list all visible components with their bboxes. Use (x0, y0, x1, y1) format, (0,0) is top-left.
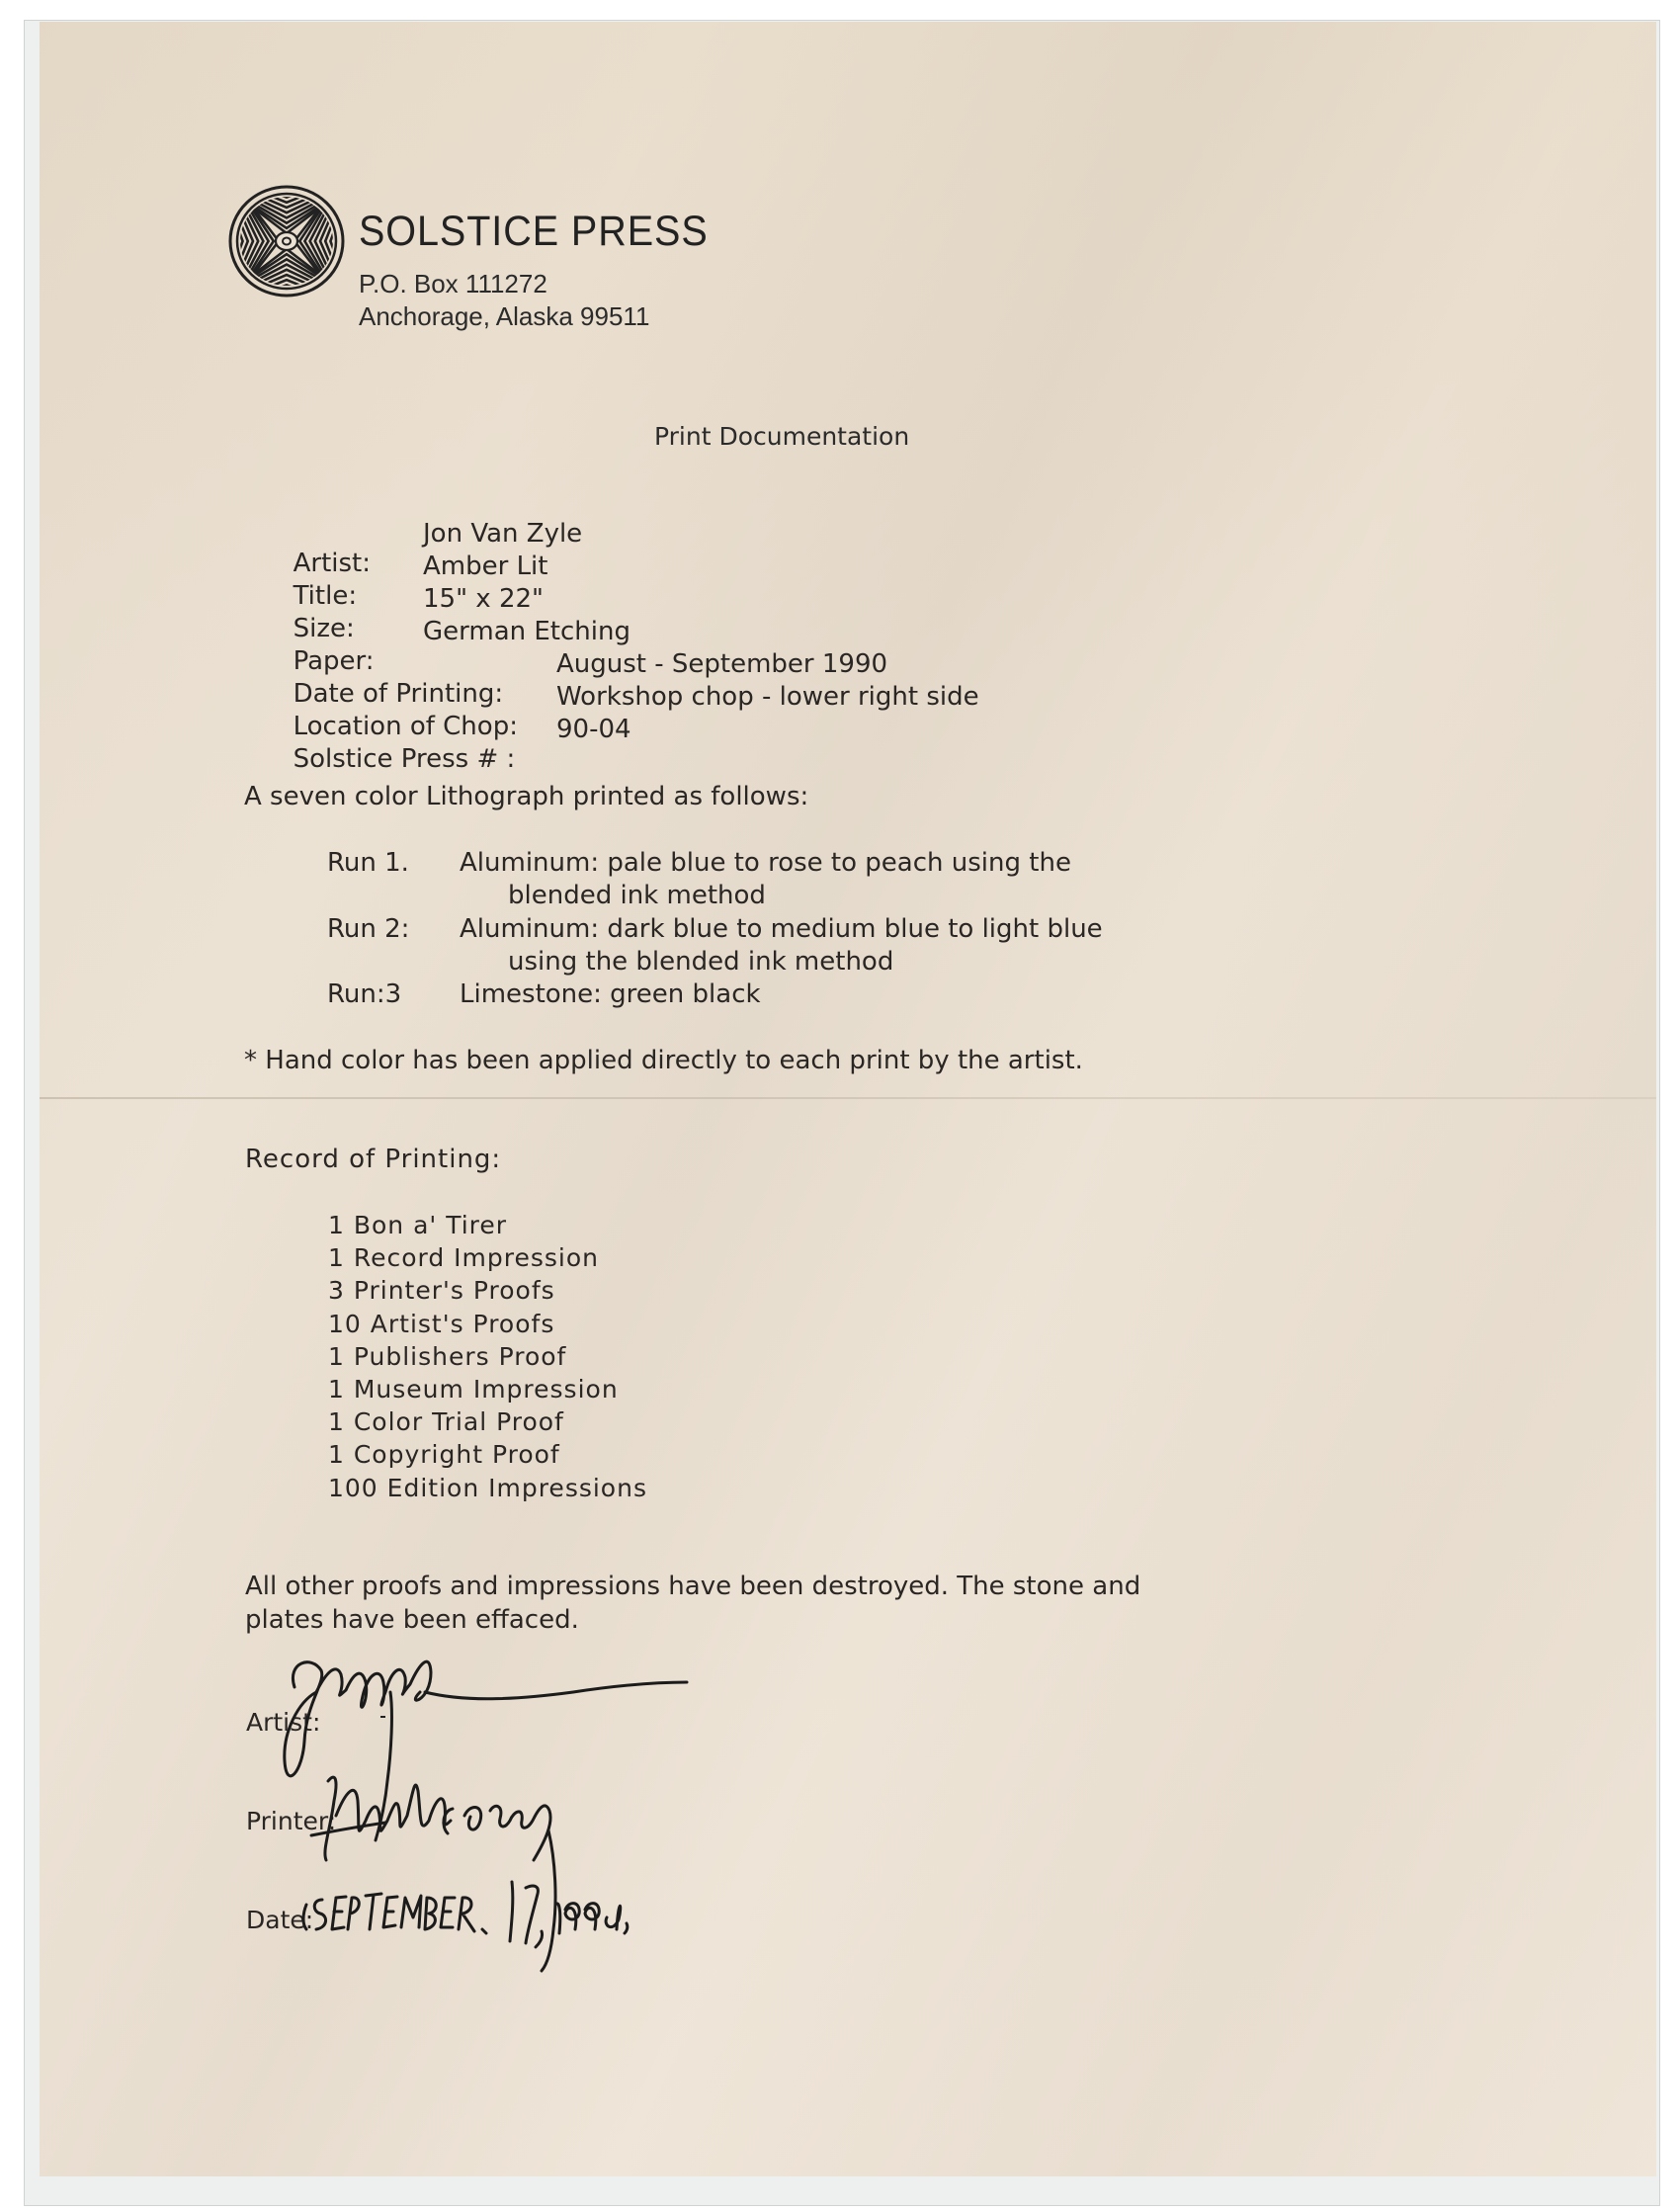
date-handwritten (303, 1894, 486, 1933)
artist-signature (285, 1661, 431, 1776)
document-page: SOLSTICE PRESS P.O. Box 111272 Anchorage… (40, 22, 1656, 2176)
handwritten-signatures (40, 22, 1656, 2176)
printer-signature (311, 1777, 451, 1860)
